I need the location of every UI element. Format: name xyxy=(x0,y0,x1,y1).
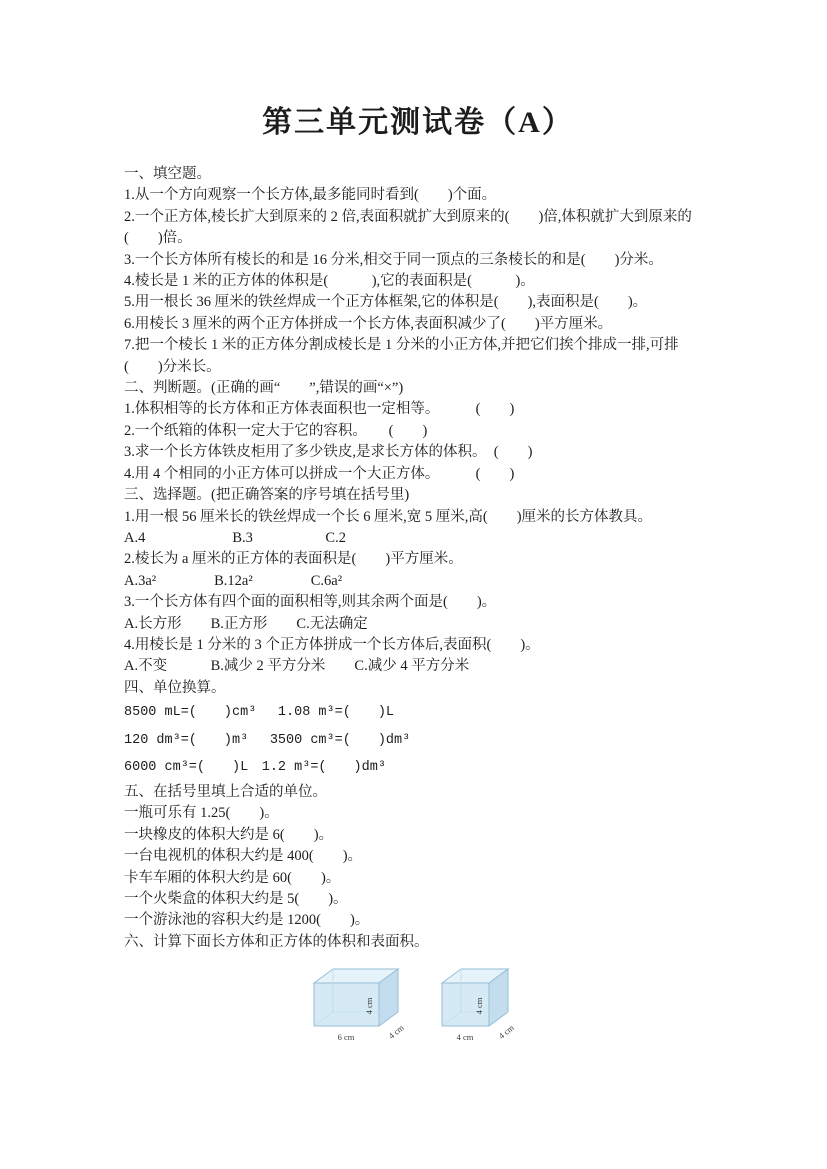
choice-q4-options: A.不变 B.减少 2 平方分米 C.减少 4 平方分米 xyxy=(124,656,712,677)
fill-blank-q2-line1: 2.一个正方体,棱长扩大到原来的 2 倍,表面积就扩大到原来的( )倍,体积就扩… xyxy=(124,207,712,228)
choice-q3-options: A.长方形 B.正方形 C.无法确定 xyxy=(124,614,712,635)
unit-q4: 卡车车厢的体积大约是 60( )。 xyxy=(124,868,712,889)
conversion-line3: 6000 cm³=( )L 1.2 m³=( )dm³ xyxy=(124,754,712,782)
fill-blank-q5: 5.用一根长 36 厘米的铁丝焊成一个正方体框架,它的体积是( ),表面积是( … xyxy=(124,292,712,313)
fill-blank-q6: 6.用棱长 3 厘米的两个正方体拼成一个长方体,表面积减少了( )平方厘米。 xyxy=(124,314,712,335)
cube-figure: 4 cm 4 cm 4 cm xyxy=(434,961,540,1051)
test-paper-page: 第三单元测试卷（A） 一、填空题。 1.从一个方向观察一个长方体,最多能同时看到… xyxy=(0,0,827,1169)
choice-q1: 1.用一根 56 厘米长的铁丝焊成一个长 6 厘米,宽 5 厘米,高( )厘米的… xyxy=(124,507,712,528)
cuboid-figure: 6 cm 4 cm 4 cm xyxy=(306,961,428,1051)
page-title: 第三单元测试卷（A） xyxy=(124,104,712,142)
section5-heading: 五、在括号里填上合适的单位。 xyxy=(124,782,712,803)
unit-q1: 一瓶可乐有 1.25( )。 xyxy=(124,803,712,824)
fill-blank-q2-line2: ( )倍。 xyxy=(124,228,712,249)
unit-q3: 一台电视机的体积大约是 400( )。 xyxy=(124,846,712,867)
section1-heading: 一、填空题。 xyxy=(124,164,712,185)
section3-heading: 三、选择题。(把正确答案的序号填在括号里) xyxy=(124,485,712,506)
section2-heading: 二、判断题。(正确的画“ ”,错误的画“×”) xyxy=(124,378,712,399)
figures-row: 6 cm 4 cm 4 cm 4 cm 4 cm 4 cm xyxy=(306,961,712,1051)
fill-blank-q7-line1: 7.把一个棱长 1 米的正方体分割成棱长是 1 分米的小正方体,并把它们挨个排成… xyxy=(124,335,712,356)
fill-blank-q4: 4.棱长是 1 米的正方体的体积是( ),它的表面积是( )。 xyxy=(124,271,712,292)
choice-q3: 3.一个长方体有四个面的面积相等,则其余两个面是( )。 xyxy=(124,592,712,613)
cube-length-label: 4 cm xyxy=(457,1032,474,1042)
choice-q4: 4.用棱长是 1 分米的 3 个正方体拼成一个长方体后,表面积( )。 xyxy=(124,635,712,656)
unit-q6: 一个游泳池的容积大约是 1200( )。 xyxy=(124,910,712,931)
section4-heading: 四、单位换算。 xyxy=(124,678,712,699)
cube-depth-label: 4 cm xyxy=(496,1022,516,1041)
cuboid-length-label: 6 cm xyxy=(338,1032,355,1042)
unit-q5: 一个火柴盒的体积大约是 5( )。 xyxy=(124,889,712,910)
cube-height-label: 4 cm xyxy=(474,997,484,1014)
judge-q3: 3.求一个长方体铁皮柜用了多少铁皮,是求长方体的体积。 ( ) xyxy=(124,442,712,463)
unit-q2: 一块橡皮的体积大约是 6( )。 xyxy=(124,825,712,846)
judge-q2: 2.一个纸箱的体积一定大于它的容积。 ( ) xyxy=(124,421,712,442)
cuboid-height-label: 4 cm xyxy=(364,997,374,1014)
fill-blank-q7-line2: ( )分米长。 xyxy=(124,357,712,378)
fill-blank-q1: 1.从一个方向观察一个长方体,最多能同时看到( )个面。 xyxy=(124,185,712,206)
fill-blank-q3: 3.一个长方体所有棱长的和是 16 分米,相交于同一顶点的三条棱长的和是( )分… xyxy=(124,250,712,271)
choice-q2-options: A.3a² B.12a² C.6a² xyxy=(124,571,712,592)
conversion-line1: 8500 mL=( )cm³ 1.08 m³=( )L xyxy=(124,699,712,727)
judge-q1: 1.体积相等的长方体和正方体表面积也一定相等。 ( ) xyxy=(124,399,712,420)
conversion-line2: 120 dm³=( )m³ 3500 cm³=( )dm³ xyxy=(124,727,712,755)
judge-q4: 4.用 4 个相同的小正方体可以拼成一个大正方体。 ( ) xyxy=(124,464,712,485)
choice-q1-options: A.4 B.3 C.2 xyxy=(124,528,712,549)
choice-q2: 2.棱长为 a 厘米的正方体的表面积是( )平方厘米。 xyxy=(124,549,712,570)
cuboid-depth-label: 4 cm xyxy=(386,1022,406,1041)
section6-heading: 六、计算下面长方体和正方体的体积和表面积。 xyxy=(124,932,712,953)
